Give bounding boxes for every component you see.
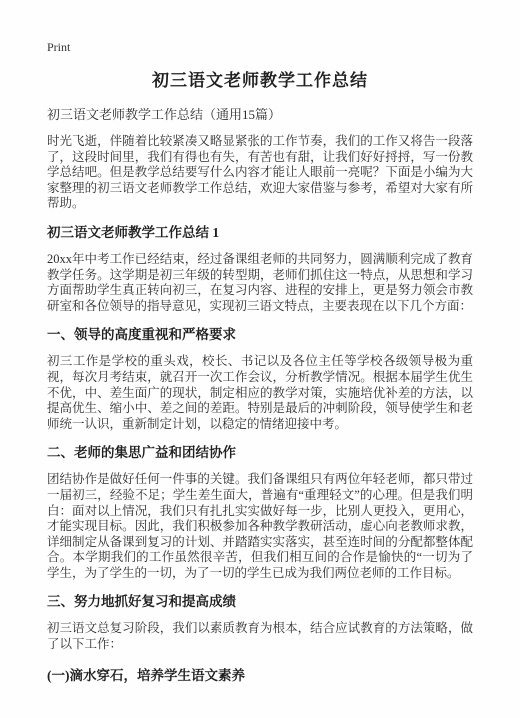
section-1-body: 初三工作是学校的重头戏，校长、书记以及各位主任等学校各级领导极为重视，每次月考结… <box>47 354 473 432</box>
document-page: Print 初三语文老师教学工作总结 初三语文老师教学工作总结（通用15篇） 时… <box>0 0 520 718</box>
intro-paragraph: 时光飞逝，伴随着比较紧凑又略显紧张的工作节奏，我们的工作又将告一段落了，这段时间… <box>47 134 473 212</box>
section-3-heading: 三、努力地抓好复习和提高成绩 <box>47 593 473 610</box>
article-heading: 初三语文老师教学工作总结 1 <box>47 224 473 241</box>
page-title: 初三语文老师教学工作总结 <box>47 70 473 92</box>
subsection-1-heading: (一)滴水穿石，培养学生语文素养 <box>47 667 473 684</box>
section-2-body: 团结协作是做好任何一件事的关键。我们备课组只有两位年轻老师，都只带过一届初三，经… <box>47 472 473 581</box>
article-lead-paragraph: 20xx年中考工作已经结束，经过备课组老师的共同努力，圆满顺利完成了教育教学任务… <box>47 252 473 314</box>
doc-subtitle: 初三语文老师教学工作总结（通用15篇） <box>47 106 473 123</box>
print-link[interactable]: Print <box>47 40 70 55</box>
section-2-heading: 二、老师的集思广益和团结协作 <box>47 444 473 461</box>
section-1-heading: 一、领导的高度重视和严格要求 <box>47 326 473 343</box>
section-3-body: 初三语文总复习阶段，我们以素质教育为根本，结合应试教育的方法策略，做了以下工作： <box>47 621 473 652</box>
